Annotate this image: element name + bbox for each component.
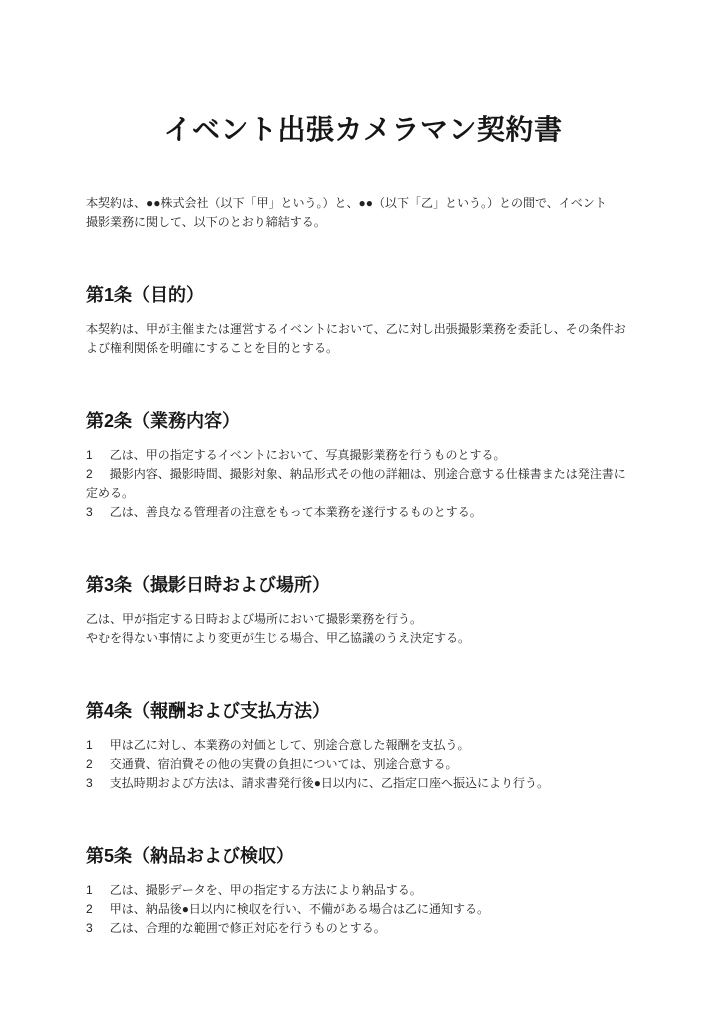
- clause-2-item-1: 1乙は、甲の指定するイベントにおいて、写真撮影業務を行うものとする。: [86, 446, 640, 465]
- item-text: 交通費、宿泊費その他の実費の負担については、別途合意する。: [110, 757, 458, 771]
- item-text: 乙は、撮影データを、甲の指定する方法により納品する。: [110, 883, 422, 897]
- document-title: イベント出張カメラマン契約書: [86, 110, 640, 150]
- clause-5-item-3: 3乙は、合理的な範囲で修正対応を行うものとする。: [86, 919, 640, 938]
- clause-3-paragraph-1: 乙は、甲が指定する日時および場所において撮影業務を行う。: [86, 610, 640, 629]
- clause-5-item-1: 1乙は、撮影データを、甲の指定する方法により納品する。: [86, 881, 640, 900]
- clause-3-date-and-place: 第3条（撮影日時および場所） 乙は、甲が指定する日時および場所において撮影業務を…: [86, 572, 640, 648]
- clause-5-item-2: 2甲は、納品後●日以内に検収を行い、不備がある場合は乙に通知する。: [86, 900, 640, 919]
- item-text: 甲は乙に対し、本業務の対価として、別途合意した報酬を支払う。: [110, 738, 470, 752]
- clause-4-item-3: 3支払時期および方法は、請求書発行後●日以内に、乙指定口座へ振込により行う。: [86, 774, 640, 793]
- item-number: 3: [86, 921, 93, 935]
- clause-4-item-1: 1甲は乙に対し、本業務の対価として、別途合意した報酬を支払う。: [86, 736, 640, 755]
- clause-4-item-2: 2交通費、宿泊費その他の実費の負担については、別途合意する。: [86, 755, 640, 774]
- clause-4-payment: 第4条（報酬および支払方法） 1甲は乙に対し、本業務の対価として、別途合意した報…: [86, 698, 640, 793]
- item-number: 1: [86, 738, 93, 752]
- item-number: 2: [86, 757, 93, 771]
- item-number: 2: [86, 902, 93, 916]
- item-text: 甲は、納品後●日以内に検収を行い、不備がある場合は乙に通知する。: [110, 902, 489, 916]
- item-number: 1: [86, 448, 93, 462]
- clause-2-scope-of-work: 第2条（業務内容） 1乙は、甲の指定するイベントにおいて、写真撮影業務を行うもの…: [86, 408, 640, 522]
- item-number: 1: [86, 883, 93, 897]
- item-text: 乙は、善良なる管理者の注意をもって本業務を遂行するものとする。: [110, 505, 482, 519]
- clause-1-purpose: 第1条（目的） 本契約は、甲が主催または運営するイベントにおいて、乙に対し出張撮…: [86, 282, 640, 358]
- item-text: 支払時期および方法は、請求書発行後●日以内に、乙指定口座へ振込により行う。: [110, 776, 549, 790]
- item-text: 乙は、合理的な範囲で修正対応を行うものとする。: [110, 921, 386, 935]
- item-number: 3: [86, 505, 93, 519]
- clause-1-paragraph: 本契約は、甲が主催または運営するイベントにおいて、乙に対し出張撮影業務を委託し、…: [86, 320, 640, 358]
- contract-page: イベント出張カメラマン契約書 本契約は、●●株式会社（以下「甲」という。）と、●…: [0, 0, 724, 1024]
- clause-5-heading: 第5条（納品および検収）: [86, 843, 640, 869]
- item-text: 乙は、甲の指定するイベントにおいて、写真撮影業務を行うものとする。: [110, 448, 506, 462]
- clause-2-heading: 第2条（業務内容）: [86, 408, 640, 434]
- clause-3-paragraph-2: やむを得ない事情により変更が生じる場合、甲乙協議のうえ決定する。: [86, 629, 640, 648]
- clause-2-item-2: 2撮影内容、撮影時間、撮影対象、納品形式その他の詳細は、別途合意する仕様書または…: [86, 465, 640, 503]
- item-number: 3: [86, 776, 93, 790]
- clause-1-heading: 第1条（目的）: [86, 282, 640, 308]
- clause-5-delivery-inspection: 第5条（納品および検収） 1乙は、撮影データを、甲の指定する方法により納品する。…: [86, 843, 640, 938]
- clause-4-heading: 第4条（報酬および支払方法）: [86, 698, 640, 724]
- clause-3-heading: 第3条（撮影日時および場所）: [86, 572, 640, 598]
- intro-paragraph: 本契約は、●●株式会社（以下「甲」という。）と、●●（以下「乙」という。）との間…: [86, 194, 640, 232]
- item-number: 2: [86, 467, 93, 481]
- clause-2-item-3: 3乙は、善良なる管理者の注意をもって本業務を遂行するものとする。: [86, 503, 640, 522]
- item-text: 撮影内容、撮影時間、撮影対象、納品形式その他の詳細は、別途合意する仕様書または発…: [86, 467, 626, 500]
